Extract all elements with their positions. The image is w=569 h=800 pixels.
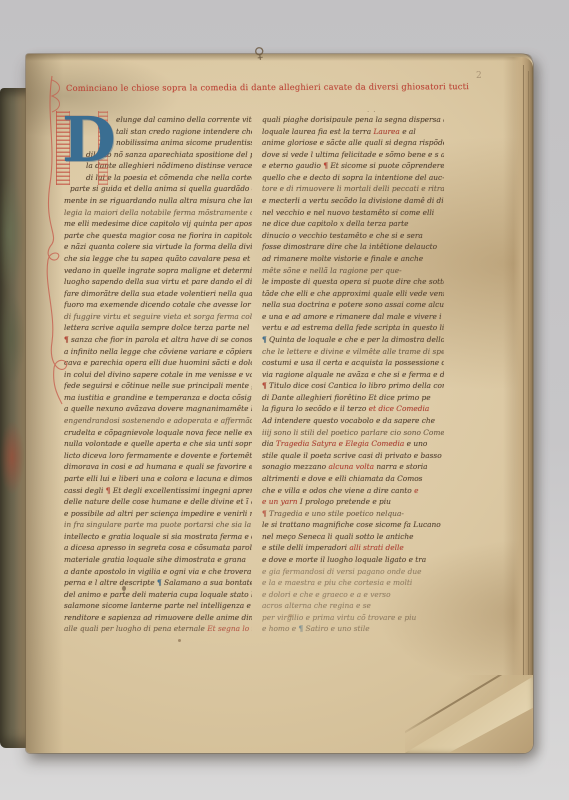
manuscript-line: licto diceva loro fermamente e dovente e…	[64, 450, 252, 462]
manuscript-line: legia la maiori della notabile ferma mõs…	[64, 207, 252, 219]
manuscript-line: anime gloriose e sãcte alle quali si deg…	[262, 137, 444, 149]
page-top-edge	[26, 54, 533, 61]
manuscript-line: e eterno gaudio ¶ Et sicome si puote cõp…	[262, 160, 444, 172]
manuscript-book: ♀ 2 .. Cominciano le chiose sopra la com…	[0, 54, 533, 753]
manuscript-line: materiale gratia loquale sihe dimostrata…	[64, 554, 252, 566]
manuscript-line: e stile delli imperadori alli strati del…	[262, 542, 444, 554]
manuscript-line: parte elli lui e liberi una e colora e l…	[64, 473, 252, 485]
manuscript-line: dinucio o vecchio testamêto e che si e s…	[262, 230, 444, 242]
manuscript-line: fare dimorãtre della sua etade volentier…	[64, 288, 252, 300]
manuscript-line: dimorava in cosi e ad humana e quali se …	[64, 461, 252, 473]
manuscript-line: a quelle nexuno avãzava dovere magnanima…	[64, 403, 252, 415]
manuscript-line: e la e maestra e piu che cortesia e molt…	[262, 577, 444, 589]
parchment-page: ♀ 2 .. Cominciano le chiose sopra la com…	[26, 54, 533, 753]
ruling-dots: ..	[367, 106, 379, 114]
manuscript-line: per virgilio e prima virtu cõ trovare e …	[262, 612, 444, 624]
illuminated-initial: D	[56, 115, 106, 181]
manuscript-line: cassi degli ¶ Et degli excellentissimi i…	[64, 485, 252, 497]
manuscript-line: ¶ sanza che fior in parola et altra have…	[64, 334, 252, 346]
manuscript-line: di Dante alleghieri fiorêtino Et dice pr…	[262, 392, 444, 404]
manuscript-line: che le lettere e divine e vilmête alle t…	[262, 346, 444, 358]
manuscript-line: e dolori e che e graeco e a e verso	[262, 589, 444, 601]
manuscript-line: in fra singulare parte ma puote portarsi…	[64, 519, 252, 531]
manuscript-line: iiij sono li stili del poetico parlare c…	[262, 427, 444, 439]
manuscript-line: lettera scrive aquila sempre dolce terza…	[64, 322, 252, 334]
photo-background: ♀ 2 .. Cominciano le chiose sopra la com…	[0, 0, 569, 800]
manuscript-line: ma iustitia e grandine e temperanza e do…	[64, 392, 252, 404]
manuscript-line: loquale laurea fia est la terra Laurea e…	[262, 126, 444, 138]
manuscript-line: a dicesa apresso in segreta cosa e cõsum…	[64, 542, 252, 554]
manuscript-line: e possibile ad altri per sciença impedir…	[64, 508, 252, 520]
manuscript-line: tãde che elli e che approximi quale elli…	[262, 288, 444, 300]
manuscript-line: e un yarn I prologo pretende e piu	[262, 496, 444, 508]
manuscript-line: che e villa e odos che viene a dire cant…	[262, 485, 444, 497]
initial-letter: D	[62, 107, 116, 173]
manuscript-line: vedano in quelle ingrate sopra maligne e…	[64, 265, 252, 277]
manuscript-line: fede seguirsi e cõtinue nelle sue princi…	[64, 380, 252, 392]
dog-ear-fold	[405, 675, 533, 753]
manuscript-line: nulla volontade e quelle aperta e che si…	[64, 438, 252, 450]
manuscript-line: nella sua doctrina e potere sono assai c…	[262, 299, 444, 311]
manuscript-line: la figura lo secõdo e il terzo et dice C…	[262, 403, 444, 415]
manuscript-line: in colui del divino sapere cotale in me …	[64, 369, 252, 381]
manuscript-line: stile quale il poeta scrive casi di priv…	[262, 450, 444, 462]
manuscript-line: ¶ Quinta de loquale e che e per la dimos…	[262, 334, 444, 346]
manuscript-line: che sia legge che tu sapea quãto cavalar…	[64, 253, 252, 265]
manuscript-line: nel meço Seneca li quali sotto le antich…	[262, 531, 444, 543]
manuscript-line: di fuggire virtu et seguire vieta et sor…	[64, 311, 252, 323]
manuscript-line: salamone sicome lanterne parte nel intel…	[64, 600, 252, 612]
rubric-heading: Cominciano le chiose sopra la comedia di…	[66, 81, 486, 93]
quire-mark-icon: ♀	[253, 43, 266, 62]
manuscript-line: e mecterli a vertu secõdo la divisione d…	[262, 195, 444, 207]
text-column-left: elunge dal camino della corrente vita de…	[64, 114, 252, 635]
manuscript-line: acros alterna che regina e se	[262, 600, 444, 612]
manuscript-line: a infinito nella legge che cõviene varia…	[64, 346, 252, 358]
manuscript-line: tore e di rimuovere li mortali delli pec…	[262, 183, 444, 195]
manuscript-line: parte si guida et della anima si quella …	[64, 183, 252, 195]
manuscript-line: e homo e ¶ Satiro e uno stile	[262, 623, 444, 635]
manuscript-line: nel vecchio e nel nuovo testamêto si com…	[262, 207, 444, 219]
manuscript-line: crudelta e cõpagnievole loquale nova fec…	[64, 427, 252, 439]
manuscript-line: fosse dimostrare dire che la intêtione d…	[262, 241, 444, 253]
manuscript-line: ¶ Tragedia e uno stile poetico nelqua-	[262, 508, 444, 520]
manuscript-line: del animo e parte deli materia cupa loqu…	[64, 589, 252, 601]
manuscript-line: cava e parechia opera elli due huomini s…	[64, 357, 252, 369]
manuscript-line: e dove e morte il luogho loquale ligato …	[262, 554, 444, 566]
page-block-edge	[503, 57, 533, 747]
text-column-right: quali piaghe dorisipaule pena la segna d…	[262, 114, 444, 635]
manuscript-line: mente in se riguardando nulla altra misu…	[64, 195, 252, 207]
page-stain	[178, 639, 181, 642]
manuscript-line: ¶ Titulo dice cosi Cantica lo libro prim…	[262, 380, 444, 392]
manuscript-line: a dante apostolo in vigilia e ogni via e…	[64, 566, 252, 578]
manuscript-line: quali piaghe dorisipaule pena la segna d…	[262, 114, 444, 126]
manuscript-line: fuoro ma exemende dicendo cotale che ave…	[64, 299, 252, 311]
manuscript-line: parte che questa magior cosa ne fiorira …	[64, 230, 252, 242]
manuscript-line: delle nature delle cose humane e delle d…	[64, 496, 252, 508]
manuscript-line: costumi e usa il certa e acquista la pos…	[262, 357, 444, 369]
manuscript-line: le si trattano magnifiche cose sicome fa…	[262, 519, 444, 531]
manuscript-line: luogho sapendo della sua virtu et pare d…	[64, 276, 252, 288]
manuscript-line: quello che e decto di sopra la intention…	[262, 172, 444, 184]
manuscript-line: me elli medesime dice capitolo vij quint…	[64, 218, 252, 230]
manuscript-line: ad rimanere molte vistorie e finale e an…	[262, 253, 444, 265]
folio-number: 2	[476, 71, 482, 81]
manuscript-line: engendrandosi sostenendo e adoperata e a…	[64, 415, 252, 427]
manuscript-line: ne dice due capitolo x della terza parte	[262, 218, 444, 230]
manuscript-line: e nãzi quanta colere sia virtude la form…	[64, 241, 252, 253]
manuscript-line: sonagio mezzano alcuna volta narra e sto…	[262, 461, 444, 473]
manuscript-line: Ad intendere questo vocabolo e da sapere…	[262, 415, 444, 427]
manuscript-line: dove si vede l ultima felicitade e sõmo …	[262, 149, 444, 161]
manuscript-line: le imposte di questa opera si puote dire…	[262, 276, 444, 288]
manuscript-line: intellecto e gratia loquale si sia mostr…	[64, 531, 252, 543]
manuscript-line: e una e ad amore e rimanere dal male e v…	[262, 311, 444, 323]
manuscript-line: via ragione alquale ne avãza e che si e …	[262, 369, 444, 381]
manuscript-line: renditore e sapienza ad rimuovere delle …	[64, 612, 252, 624]
manuscript-line: perna e l altre descripte ¶ Salamano a s…	[64, 577, 252, 589]
manuscript-line: vertu e ad estrema della fede scripta in…	[262, 322, 444, 334]
manuscript-line: mête sõne e nellã la ragione per que-	[262, 265, 444, 277]
manuscript-line: alle quali per luogho di pena eternale E…	[64, 623, 252, 635]
manuscript-line: dia Tragedia Satyra e Elegia Comedia e u…	[262, 438, 444, 450]
manuscript-line: altrimenti e dove e elli chiamata da Com…	[262, 473, 444, 485]
manuscript-line: e gia fermandosi di versi pagano onde du…	[262, 566, 444, 578]
